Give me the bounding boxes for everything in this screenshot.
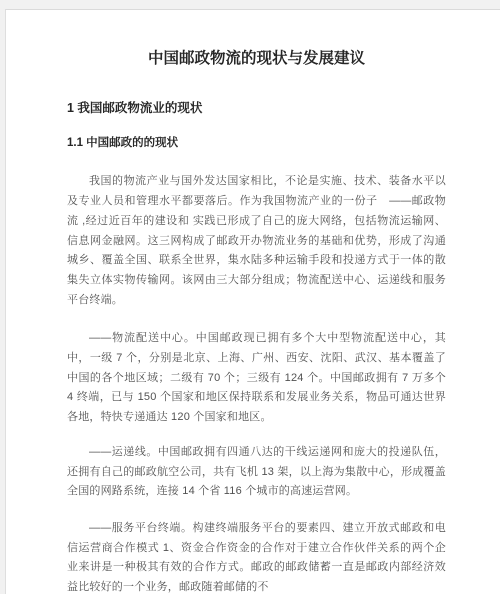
document-content: 中国邮政物流的现状与发展建议 1 我国邮政物流业的现状 1.1 中国邮政的的现状… bbox=[6, 10, 500, 594]
paragraph-distribution-centers: ——物流配送中心。中国邮政现已拥有多个大中型物流配送中心，其中，一级 7 个，分… bbox=[67, 329, 446, 428]
document-page: 中国邮政物流的现状与发展建议 1 我国邮政物流业的现状 1.1 中国邮政的的现状… bbox=[5, 9, 500, 594]
section-heading-1-1: 1.1 中国邮政的的现状 bbox=[67, 137, 446, 151]
paragraph-service-terminals: ——服务平台终端。构建终端服务平台的要素四、建立开放式邮政和电信运营商合作模式 … bbox=[67, 519, 446, 594]
paragraph-logistics-overview: 我国的物流产业与国外发达国家相比，不论是实施、技术、装备水平以及专业人员和管理水… bbox=[67, 172, 446, 310]
document-title: 中国邮政物流的现状与发展建议 bbox=[67, 50, 446, 69]
section-heading-1: 1 我国邮政物流业的现状 bbox=[67, 101, 446, 116]
paragraph-transport-lines: ——运递线。中国邮政拥有四通八达的干线运递网和庞大的投递队伍，还拥有自己的邮政航… bbox=[67, 443, 446, 502]
